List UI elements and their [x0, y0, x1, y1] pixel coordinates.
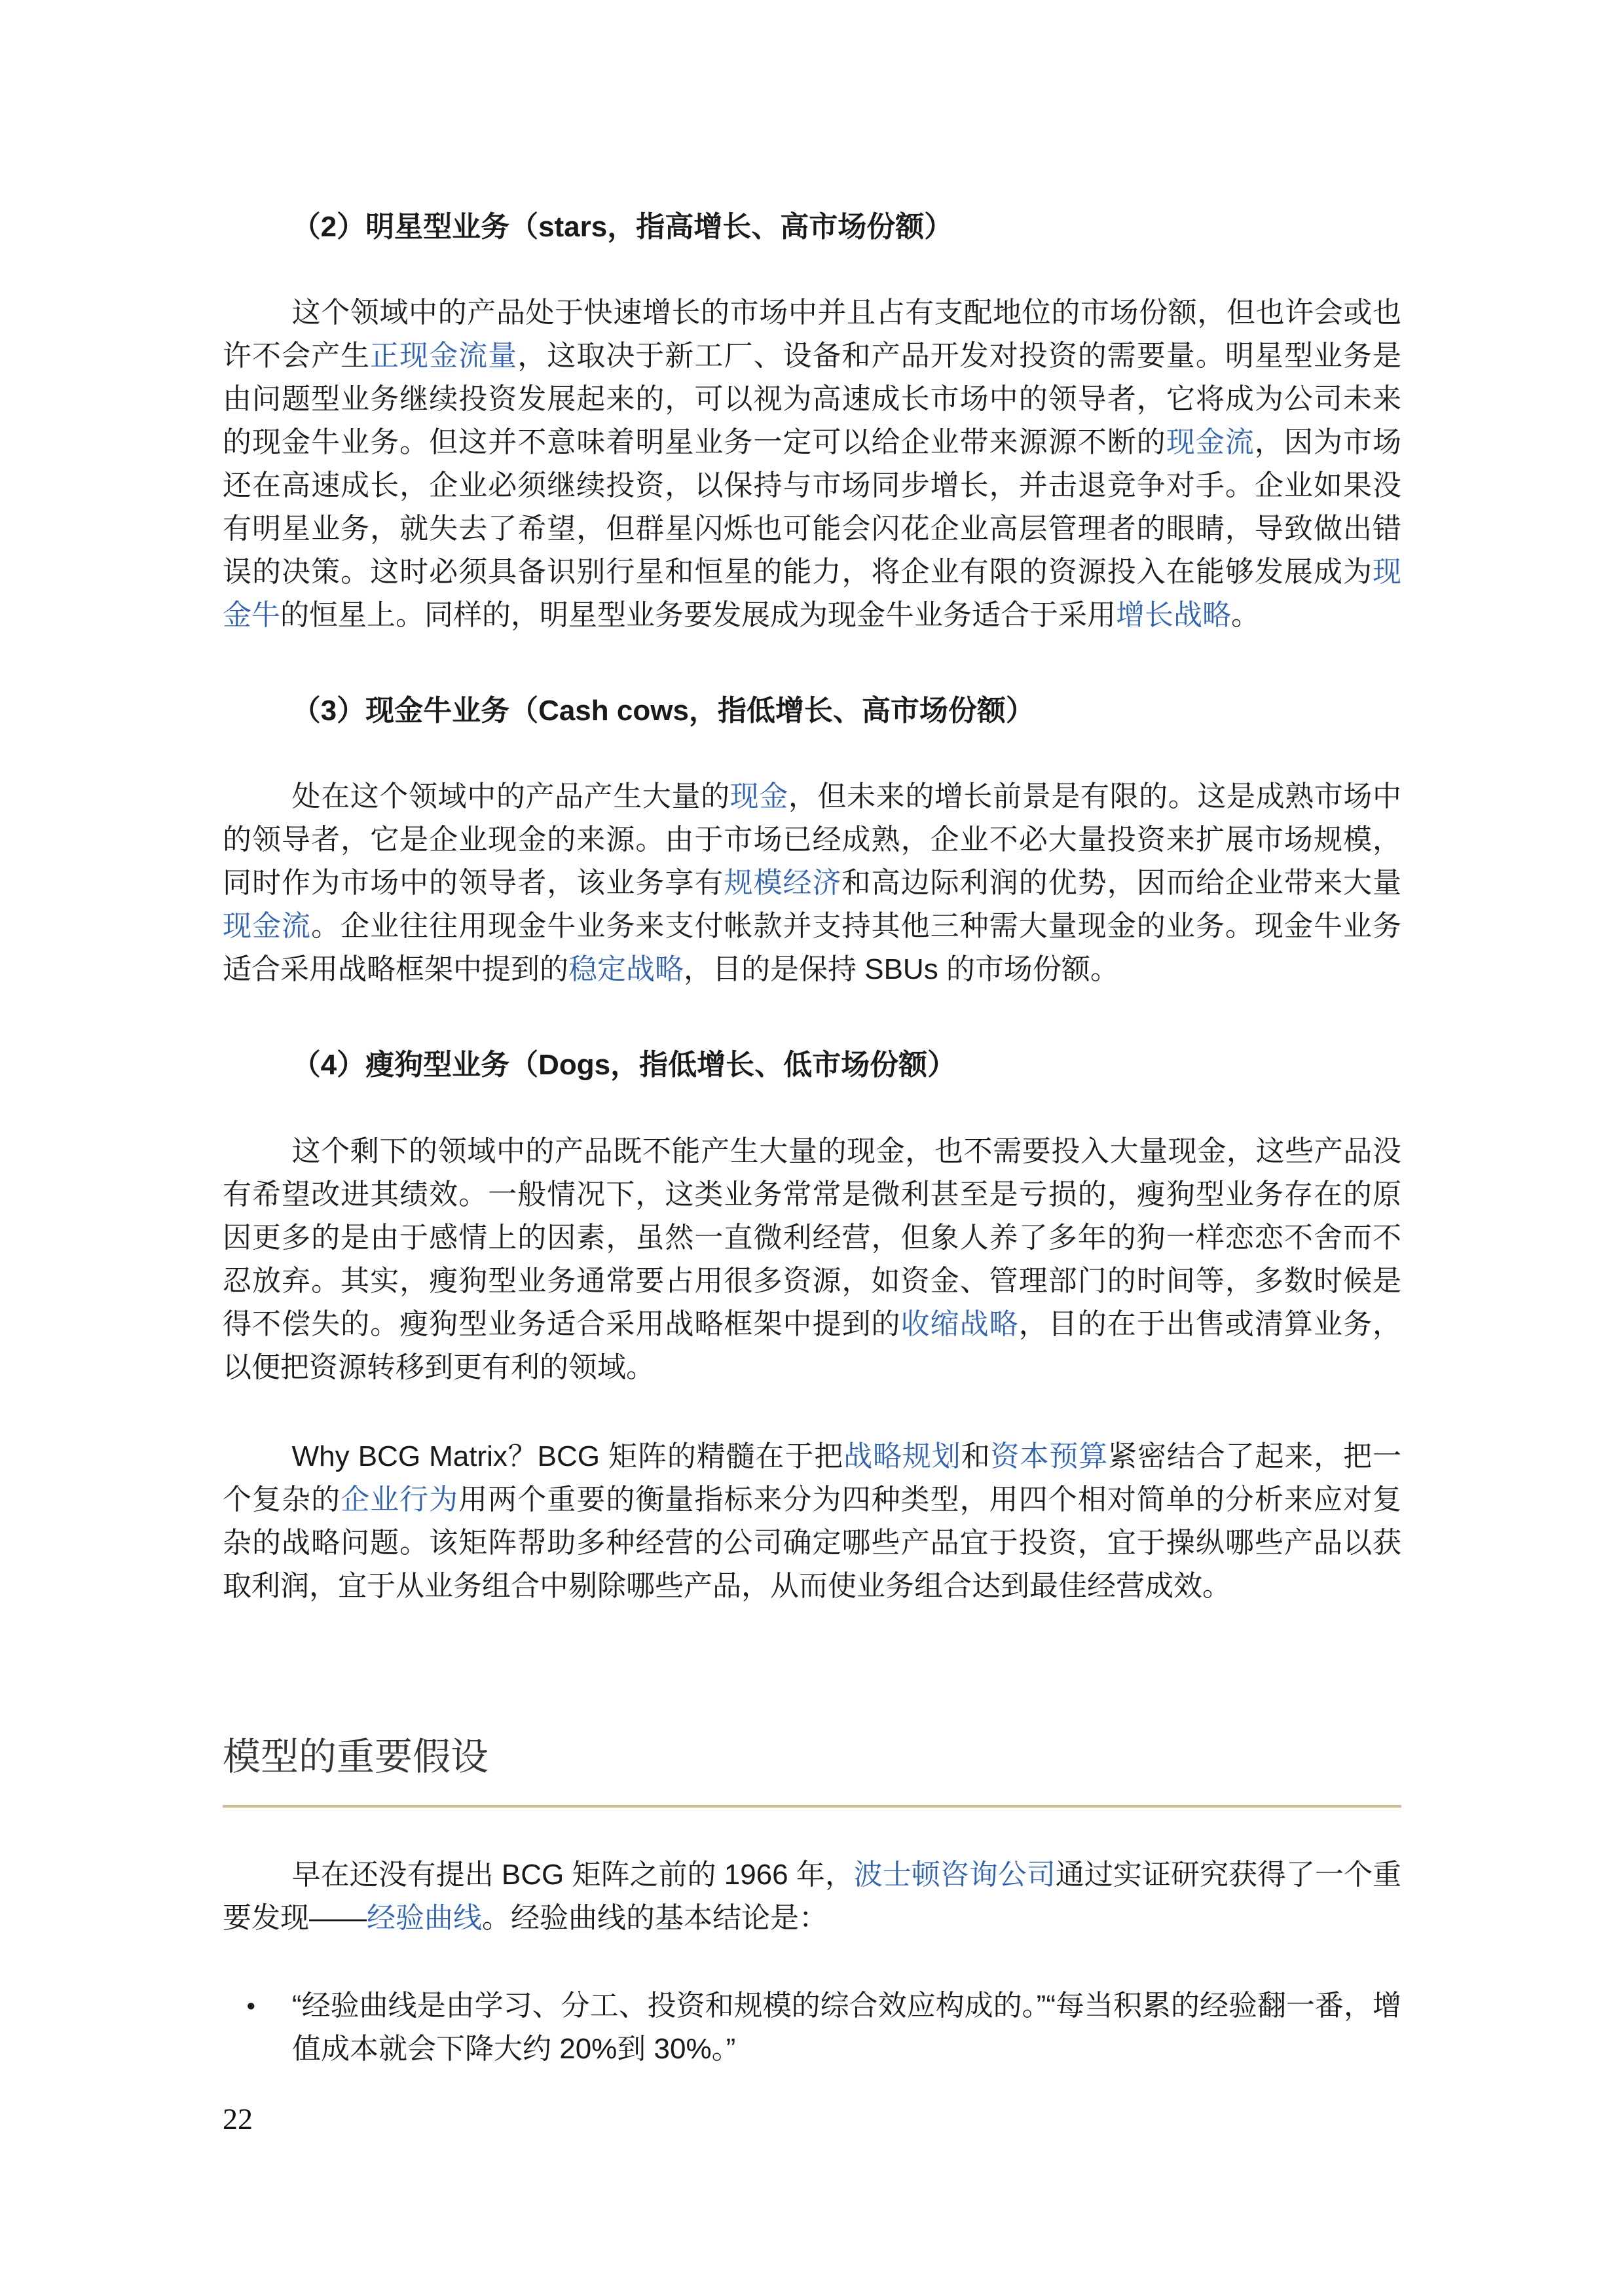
text-run: 。经验曲线的基本结论是：	[482, 1902, 828, 1934]
paragraph-dogs: 这个剩下的领域中的产品既不能产生大量的现金，也不需要投入大量现金，这些产品没有希…	[223, 1130, 1401, 1389]
text-run: ，目的是保持 SBUs 的市场份额。	[684, 953, 1119, 985]
link-cash-flow[interactable]: 现金流	[223, 910, 311, 942]
list-item-experience-curve: “经验曲线是由学习、分工、投资和规模的综合效应构成的。”“每当积累的经验翻一番，…	[223, 1984, 1401, 2071]
text-run: 。	[1231, 599, 1260, 631]
paragraph-experience-curve-intro: 早在还没有提出 BCG 矩阵之前的 1966 年，波士顿咨询公司通过实证研究获得…	[223, 1853, 1401, 1940]
heading-stars-business: （2）明星型业务（stars，指高增长、高市场份额）	[223, 208, 1401, 246]
link-economies-of-scale[interactable]: 规模经济	[724, 867, 841, 899]
link-capital-budgeting[interactable]: 资本预算	[991, 1440, 1109, 1472]
text-run: 早在还没有提出 BCG 矩阵之前的 1966 年，	[292, 1859, 854, 1891]
link-stability-strategy[interactable]: 稳定战略	[568, 953, 684, 985]
link-cash[interactable]: 现金	[730, 780, 788, 812]
text-run: Why BCG Matrix？BCG 矩阵的精髓在于把	[292, 1440, 844, 1472]
page-number: 22	[223, 2101, 1401, 2137]
paragraph-why-bcg: Why BCG Matrix？BCG 矩阵的精髓在于把战略规划和资本预算紧密结合…	[223, 1435, 1401, 1608]
heading-cash-cows-business: （3）现金牛业务（Cash cows，指低增长、高市场份额）	[223, 692, 1401, 729]
link-experience-curve[interactable]: 经验曲线	[367, 1902, 482, 1934]
section-title-rule	[223, 1805, 1401, 1808]
link-cash-flow[interactable]: 现金流	[1166, 426, 1255, 458]
link-retrenchment-strategy[interactable]: 收缩战略	[901, 1308, 1019, 1340]
link-boston-consulting-group[interactable]: 波士顿咨询公司	[854, 1859, 1056, 1891]
paragraph-cash-cows: 处在这个领域中的产品产生大量的现金，但未来的增长前景是有限的。这是成熟市场中的领…	[223, 775, 1401, 991]
link-corporate-behavior[interactable]: 企业行为	[341, 1484, 458, 1516]
link-growth-strategy[interactable]: 增长战略	[1116, 599, 1231, 631]
bullet-list: “经验曲线是由学习、分工、投资和规模的综合效应构成的。”“每当积累的经验翻一番，…	[223, 1984, 1401, 2071]
text-run: 和	[961, 1440, 991, 1472]
link-strategic-planning[interactable]: 战略规划	[843, 1440, 961, 1472]
text-run: 的恒星上。同样的，明星型业务要发展成为现金牛业务适合于采用	[280, 599, 1116, 631]
heading-dogs-business: （4）瘦狗型业务（Dogs，指低增长、低市场份额）	[223, 1046, 1401, 1084]
paragraph-stars: 这个领域中的产品处于快速增长的市场中并且占有支配地位的市场份额，但也许会或也许不…	[223, 291, 1401, 637]
section-title-model-assumptions: 模型的重要假设	[223, 1736, 1401, 1779]
text-run: 处在这个领域中的产品产生大量的	[292, 780, 730, 812]
document-page: （2）明星型业务（stars，指高增长、高市场份额） 这个领域中的产品处于快速增…	[0, 0, 1624, 2296]
text-run: 和高边际利润的优势，因而给企业带来大量	[842, 867, 1401, 899]
link-positive-cash-flow[interactable]: 正现金流量	[370, 340, 517, 372]
